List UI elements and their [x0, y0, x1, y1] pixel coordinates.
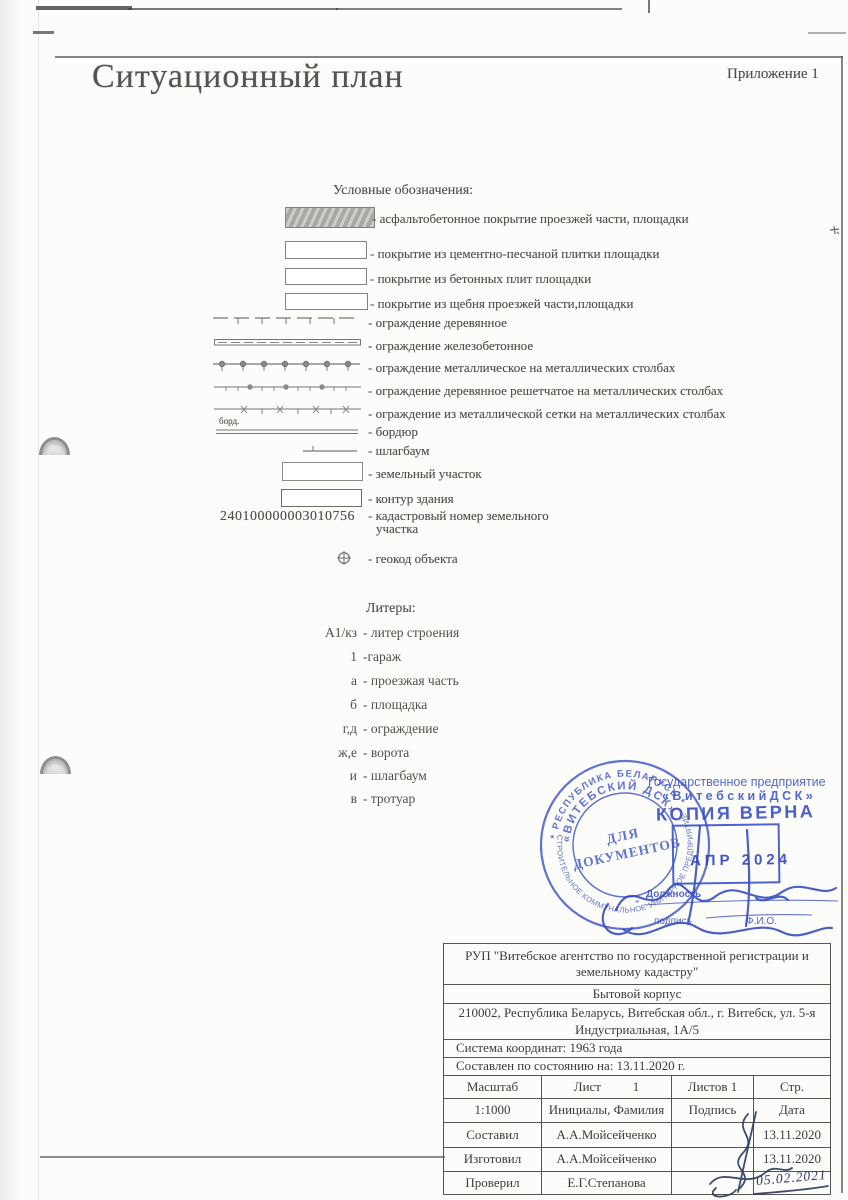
page-edge-shadow [0, 0, 22, 1200]
concrete-slab-swatch [285, 268, 367, 285]
copy-stamp-title: КОПИЯ ВЕРНА [656, 801, 816, 825]
liter-key: г,д [295, 721, 357, 737]
concrete-fence-symbol [214, 337, 361, 349]
bord-abbreviation: борд. [219, 416, 239, 426]
legend-label: - контур здания [368, 491, 454, 507]
frame-right-border [841, 56, 843, 1193]
copy-stamp-org-line1: Государственное предприятие [648, 775, 826, 789]
stamp-ring-star: * [634, 897, 641, 908]
page-fold-line [38, 0, 39, 1200]
cadastral-number: 240100000003010756 [220, 509, 355, 525]
liter-label: - ограждение [363, 721, 439, 737]
role: Составил [444, 1123, 541, 1147]
sheet-header: Лист 1 [541, 1076, 671, 1098]
sheet-label: Лист [574, 1079, 601, 1095]
liter-label: - литер строения [363, 625, 459, 641]
legend-label: - ограждение деревянное решетчатое на ме… [368, 383, 723, 399]
role: Проверил [444, 1172, 541, 1194]
scan-artifact [128, 8, 338, 10]
person-name: А.А.Мойсейченко [541, 1123, 671, 1147]
page-title: Ситуационный план [92, 58, 404, 96]
page-header: Стр. [753, 1076, 830, 1098]
object-name: Бытовой корпус [444, 986, 830, 1002]
legend-label: - покрытие из бетонных плит площадки [370, 271, 591, 287]
liter-label: - площадка [363, 697, 427, 713]
legend-label: - ограждение деревянное [368, 315, 507, 331]
coord-system: Система координат: 1963 года [456, 1040, 622, 1056]
liter-key: А1/кз [295, 625, 357, 641]
barrier-symbol [303, 445, 357, 455]
table-row-object: Бытовой корпус [444, 984, 830, 1003]
asphalt-surface-swatch [285, 207, 375, 228]
annex-label: Приложение 1 [727, 66, 819, 83]
sheet-value: 1 [633, 1079, 640, 1095]
liter-label: - тротуар [363, 791, 415, 807]
position-underline [645, 900, 838, 905]
scan-artifact [648, 0, 650, 13]
legend-label: - асфальтобетонное покрытие проезжей час… [372, 211, 689, 227]
liter-label: - ворота [363, 745, 409, 761]
address: 210002, Республика Беларусь, Витебская о… [444, 1005, 830, 1038]
liters-title: Литеры: [366, 601, 416, 617]
legend-label: - шлагбаум [368, 443, 429, 459]
table-row-coord-system: Система координат: 1963 года [444, 1039, 830, 1057]
scan-artifact [33, 31, 54, 34]
geocode-symbol [336, 550, 352, 566]
wooden-fence-symbol [213, 314, 360, 326]
legend-title: Условные обозначения: [333, 183, 473, 199]
scan-artifact [808, 32, 846, 34]
liter-key: а [295, 673, 357, 689]
scan-artifact [36, 6, 132, 10]
date-stamp-value: АПР 2024 [690, 851, 791, 869]
building-outline-symbol [281, 489, 362, 507]
person-name: А.А.Мойсейченко [541, 1148, 671, 1171]
gravel-surface-swatch [285, 293, 368, 310]
liter-key: ж,е [295, 745, 357, 761]
as-of-date: Составлен по состоянию на: 13.11.2020 г. [456, 1058, 685, 1074]
curb-symbol [216, 428, 358, 437]
scale-value: 1:1000 [444, 1099, 541, 1122]
position-label: Должность [646, 889, 701, 900]
person-name: Е.Г.Степанова [541, 1172, 671, 1194]
hole-punch [40, 756, 71, 774]
legend-label: - ограждение металлическое на металличес… [368, 360, 675, 376]
role: Изготовил [444, 1148, 541, 1171]
liter-key: и [295, 768, 357, 784]
liter-label: -гараж [363, 649, 401, 665]
liter-key: 1 [295, 649, 357, 665]
legend-label: - ограждение из металлической сетки на м… [368, 406, 726, 422]
legend-label: - геокод объекта [368, 551, 458, 567]
frame-bottom-border [40, 1156, 445, 1158]
legend-label: - покрытие из цементно-песчаной плитки п… [370, 246, 660, 262]
initials-header: Инициалы, Фамилия [541, 1099, 671, 1122]
legend-label: - ограждение железобетонное [368, 338, 533, 354]
table-row-as-of: Составлен по состоянию на: 13.11.2020 г. [444, 1057, 830, 1075]
org-name: РУП "Витебское агентство по государствен… [444, 948, 830, 981]
hole-punch [39, 437, 70, 455]
date-stamp-box: АПР 2024 [672, 823, 781, 885]
legend-label: - земельный участок [368, 466, 482, 482]
signature-label: подпись [654, 916, 692, 927]
table-row-address: 210002, Республика Беларусь, Витебская о… [444, 1003, 830, 1039]
liter-label: - шлагбаум [363, 768, 427, 784]
land-plot-symbol [282, 462, 363, 481]
metal-fence-symbol [213, 359, 360, 372]
sheets-header: Листов 1 [671, 1076, 753, 1098]
scan-mark [828, 224, 842, 238]
cement-tile-swatch [285, 241, 367, 259]
liter-key: б [295, 697, 357, 713]
wooden-lattice-fence-symbol [214, 382, 361, 394]
table-row-org: РУП "Витебское агентство по государствен… [444, 944, 830, 984]
scan-artifact [336, 8, 622, 10]
legend-label: - покрытие из щебня проезжей части,площа… [370, 296, 633, 312]
liter-label: - проезжая часть [363, 673, 459, 689]
legend-label: - бордюр [368, 424, 418, 440]
legend-label-cont: участка [376, 521, 418, 537]
table-header-row: Масштаб Лист 1 Листов 1 Стр. [444, 1075, 830, 1098]
scanned-document-page: Ситуационный план Приложение 1 Условные … [0, 0, 848, 1200]
fio-label: Ф.И.О. [746, 916, 777, 927]
liter-key: в [295, 791, 357, 807]
scale-header: Масштаб [444, 1076, 541, 1098]
